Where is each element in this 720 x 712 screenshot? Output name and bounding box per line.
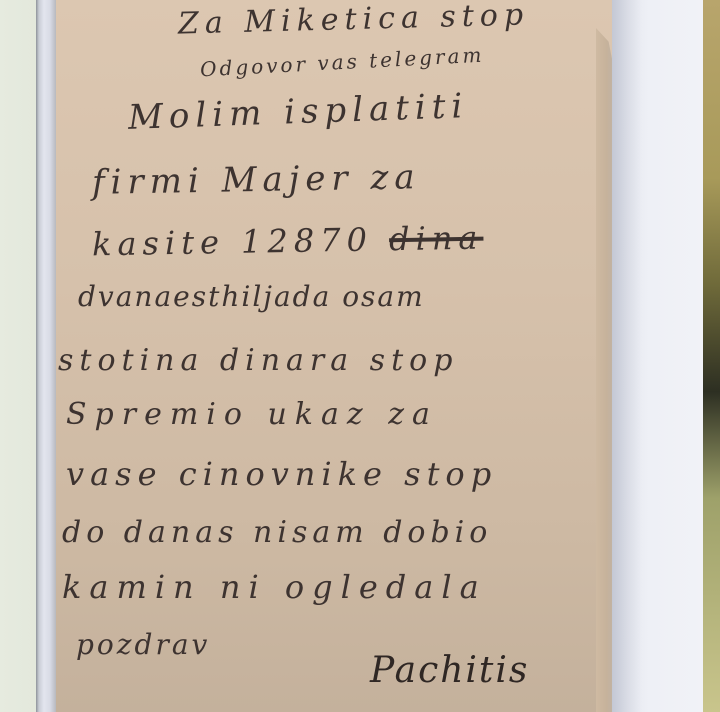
crossed-out-word: dina (389, 219, 484, 259)
closing-line: pozdrav (76, 628, 210, 661)
text-line: kamin ni ogledala (62, 568, 487, 606)
header-line: Za Miketica stop (178, 0, 530, 42)
text-line: kasite 12870 dina (92, 219, 484, 264)
signature: Pachitis (370, 650, 529, 691)
text-line: Molim isplatiti (127, 86, 469, 138)
handwritten-text: Za Miketica stop Odgovor vas telegram Mo… (0, 0, 720, 712)
text-line: do danas nisam dobio (62, 515, 492, 550)
text-line: firmi Majer za (92, 157, 421, 203)
text-line: Spremio ukaz za (66, 397, 438, 432)
amount-line-text: kasite 12870 (92, 221, 374, 264)
text-line: vase cinovnike stop (66, 455, 497, 493)
subheader-line: Odgovor vas telegram (200, 43, 485, 82)
text-line: stotina dinara stop (58, 343, 458, 378)
text-line: dvanaesthiljada osam (78, 280, 425, 313)
